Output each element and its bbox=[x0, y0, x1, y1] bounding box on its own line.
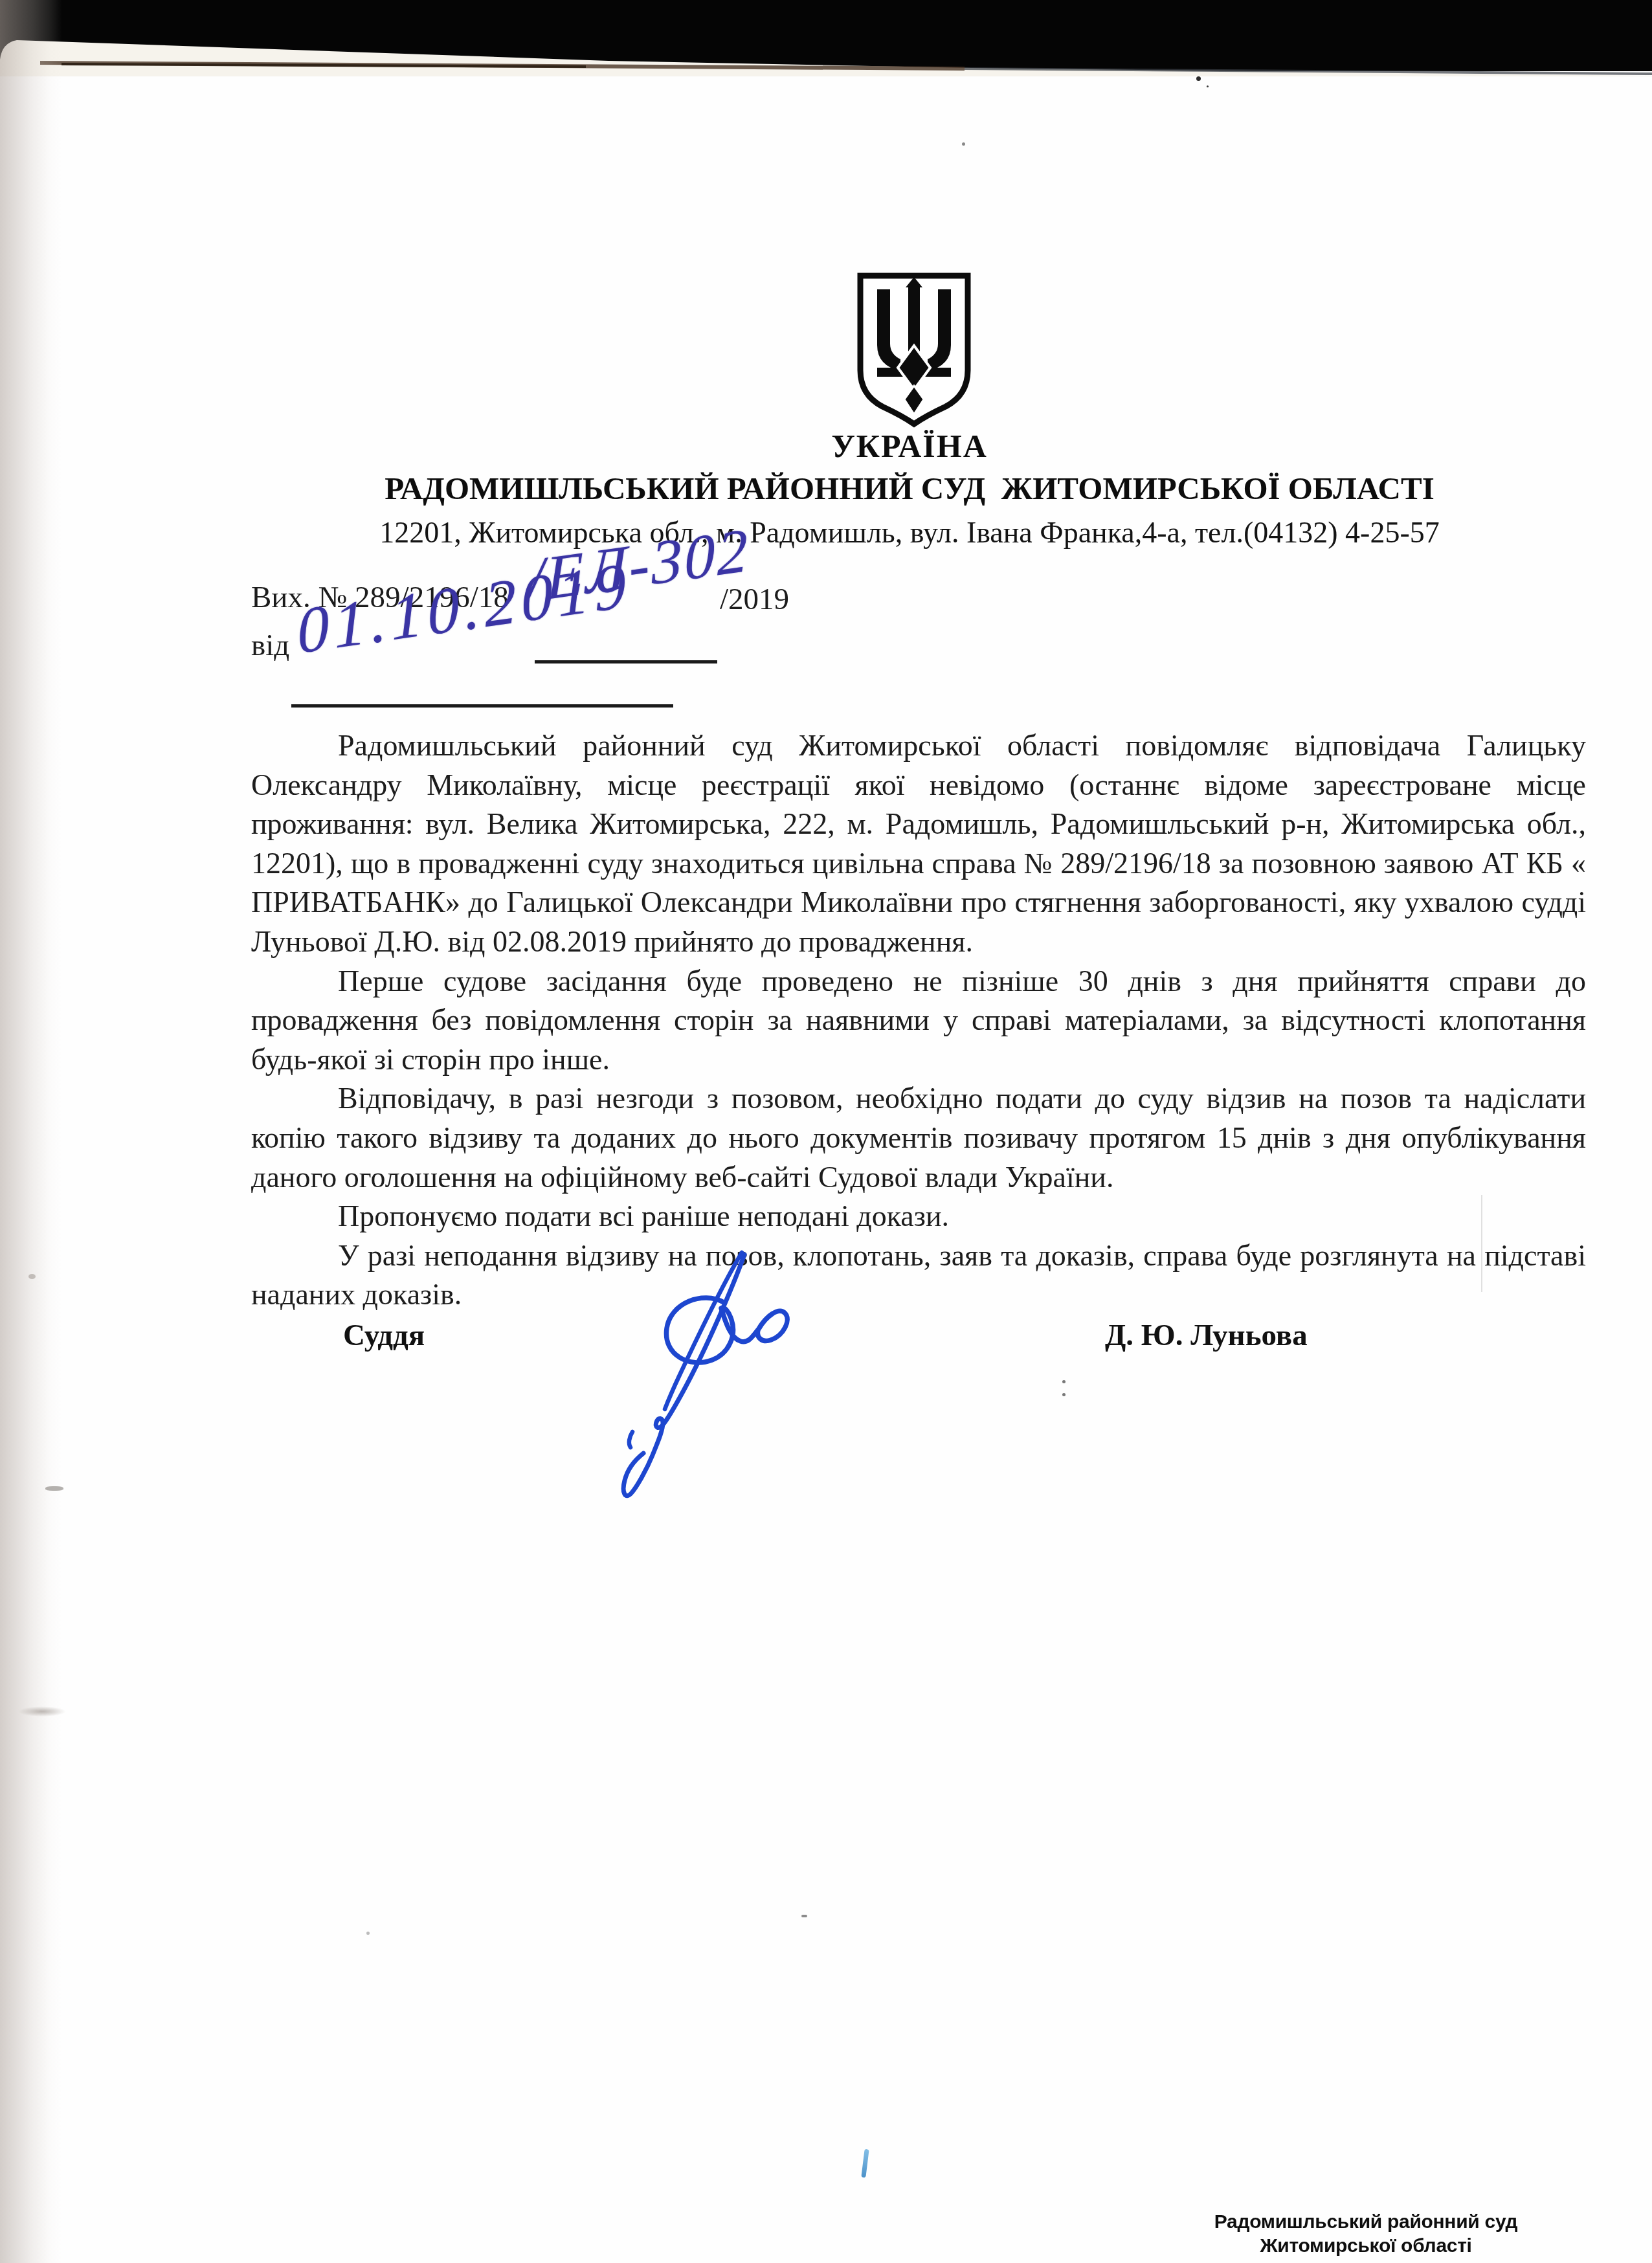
body-paragraph: Пропонуємо подати всі раніше неподані до… bbox=[251, 1197, 1586, 1236]
ukraine-trident-emblem-icon bbox=[856, 272, 972, 430]
date-handwritten: 01.10.2019 bbox=[295, 547, 632, 669]
scan-speck bbox=[18, 1706, 66, 1717]
scan-speck bbox=[1062, 1380, 1066, 1383]
scan-crease-line bbox=[1481, 1195, 1482, 1292]
outgoing-number-underline bbox=[535, 660, 717, 663]
body-paragraph: Відповідачу, в разі незгоди з позовом, н… bbox=[251, 1079, 1586, 1197]
left-scan-edge bbox=[0, 0, 62, 2263]
body-paragraph: Радомишльський районний суд Житомирської… bbox=[251, 726, 1586, 962]
scanner-top-bar bbox=[0, 0, 1652, 76]
scan-speck bbox=[801, 1915, 807, 1917]
country-name: УКРАЇНА bbox=[181, 427, 1638, 465]
blue-ink-speck bbox=[861, 2149, 869, 2178]
handwritten-signature-icon bbox=[596, 1178, 803, 1515]
body-paragraph: У разі неподання відзиву на позов, клопо… bbox=[251, 1236, 1586, 1315]
footer-court-region: Житомирської області bbox=[1185, 2234, 1547, 2258]
letter-body: Радомишльський районний суд Житомирської… bbox=[251, 726, 1586, 1315]
judge-label: Суддя bbox=[343, 1318, 425, 1353]
scan-speck bbox=[1196, 76, 1201, 81]
scan-speck bbox=[28, 1274, 36, 1279]
scan-speck bbox=[366, 1932, 370, 1935]
footer-court-name: Радомишльський районний суд bbox=[1185, 2210, 1547, 2234]
footer-court-stamp: Радомишльський районний суд Житомирської… bbox=[1185, 2210, 1547, 2258]
scan-speck bbox=[962, 142, 965, 146]
scan-speck bbox=[45, 1486, 63, 1491]
scanned-court-letter-page: { "document": { "country": "УКРАЇНА", "c… bbox=[0, 0, 1652, 2263]
date-underline bbox=[291, 704, 673, 708]
outgoing-number-year: /2019 bbox=[720, 582, 789, 617]
court-address: 12201, Житомирська обл., м. Радомишль, в… bbox=[181, 515, 1638, 550]
judge-name: Д. Ю. Луньова bbox=[1105, 1318, 1308, 1353]
body-paragraph: Перше судове засідання буде проведено не… bbox=[251, 962, 1586, 1080]
date-label: від bbox=[251, 628, 289, 663]
court-name: РАДОМИШЛЬСЬКИЙ РАЙОННИЙ СУД ЖИТОМИРСЬКОЇ… bbox=[181, 470, 1638, 507]
